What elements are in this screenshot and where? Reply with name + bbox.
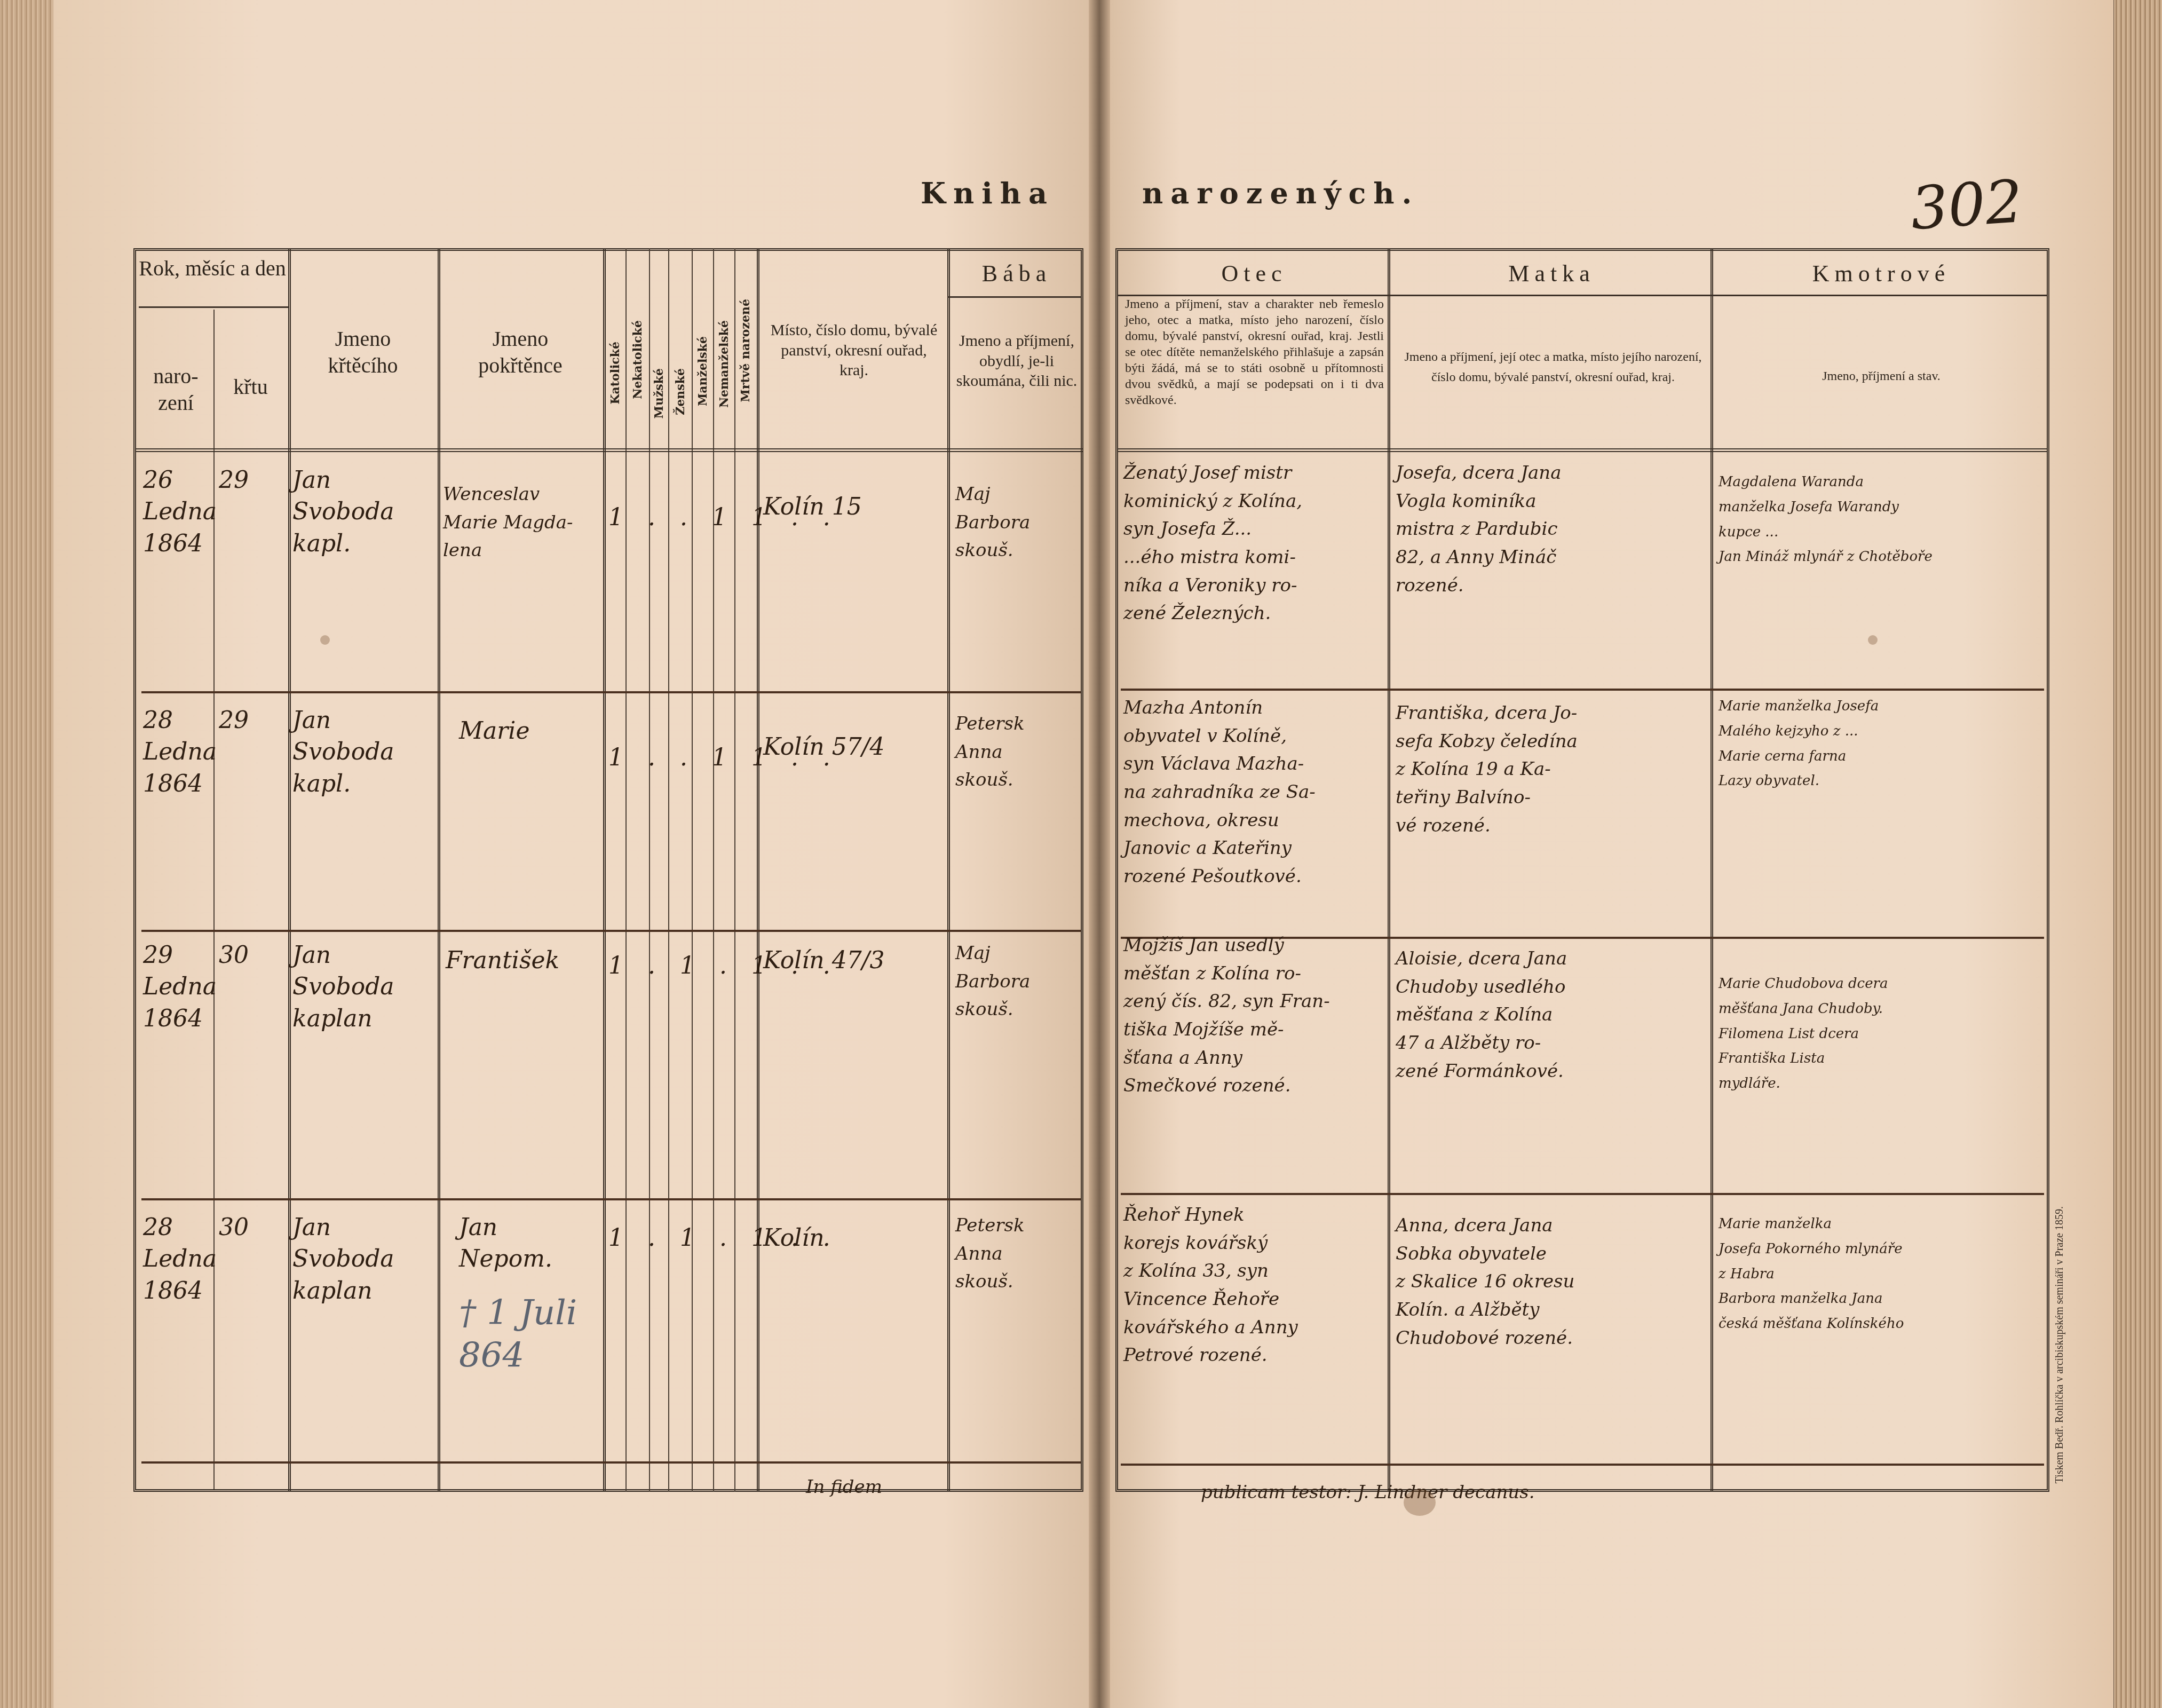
entry-midwife: Maj Barbora skouš. — [955, 939, 1030, 1024]
entry-baptizer: Jan Svoboda kaplan — [292, 1212, 394, 1307]
entry-godparents: Marie Chudobova dcera měšťana Jana Chudo… — [1718, 971, 1888, 1096]
header-catholic: Katolické — [608, 342, 622, 405]
col-divider — [734, 248, 735, 1492]
entry-father: Ženatý Josef mistr kominický z Kolína, s… — [1123, 459, 1302, 628]
entry-baptizer: Jan Svoboda kapl. — [292, 464, 394, 559]
entry-baptizer: Jan Svoboda kapl. — [292, 705, 394, 800]
header-illegitimate: Nemanželské — [717, 320, 731, 408]
col-divider — [649, 248, 650, 1492]
header-child: Jmeno pokřtěnce — [448, 326, 592, 379]
entry-midwife: Petersk Anna skouš. — [955, 710, 1025, 794]
entry-father: Řehoř Hynek korejs kovářský z Kolína 33,… — [1123, 1201, 1298, 1370]
header-stillborn: Mrtvě narozené — [739, 299, 753, 402]
header-godparents-title: Kmotrové — [1716, 259, 2047, 288]
ink-stain — [320, 635, 330, 645]
entry-birth-date: 26 Ledna 1864 — [143, 464, 217, 559]
header-bottom-rule — [136, 448, 1083, 452]
folio-number: 302 — [1908, 167, 2025, 243]
header-midwife-title: Bába — [953, 259, 1081, 288]
printer-imprint: Tiskem Bedř. Rohlíčka v arcibiskupském s… — [2054, 1206, 2066, 1483]
col-divider — [713, 248, 714, 1492]
entry-divider — [141, 691, 1081, 693]
entry-birth-date: 28 Ledna 1864 — [143, 705, 217, 800]
title-left: Kniha — [921, 176, 1055, 210]
entry-baptism-date: 30 — [219, 939, 249, 971]
col-divider — [757, 248, 759, 1492]
col-divider — [288, 248, 291, 1492]
col-divider — [438, 248, 440, 1492]
header-baptizer: Jmeno křtěcího — [299, 326, 427, 379]
entry-birth-date: 28 Ledna 1864 — [143, 1212, 217, 1307]
entry-child-name: Wenceslav Marie Magda- lena — [443, 480, 573, 565]
col-divider — [668, 248, 669, 1492]
open-register-book: Kniha narozených. 302 Rok, měsíc a den n… — [0, 0, 2162, 1708]
entry-mother: Anna, dcera Jana Sobka obyvatele z Skali… — [1396, 1212, 1574, 1352]
entry-godparents: Marie manželka Josefa Pokorného mlynáře … — [1718, 1212, 1904, 1337]
header-legitimate: Manželské — [696, 336, 710, 406]
entry-divider — [141, 1198, 1081, 1200]
header-date-group: Rok, měsíc a den — [138, 255, 287, 282]
entry-midwife: Petersk Anna skouš. — [955, 1212, 1025, 1296]
page-stack-right — [2114, 0, 2162, 1708]
header-midwife-desc: Jmeno a příjmení, obydlí, je-li skoumána… — [955, 331, 1078, 391]
entry-divider — [1121, 1193, 2044, 1195]
entry-baptism-date: 29 — [219, 464, 249, 496]
entry-father: Mazha Antonín obyvatel v Kolíně, syn Vác… — [1123, 694, 1316, 891]
entry-divider — [1121, 1464, 2044, 1466]
entry-mother: Josefa, dcera Jana Vogla kominíka mistra… — [1396, 459, 1561, 599]
entry-divider — [141, 930, 1081, 932]
ink-stain — [1868, 635, 1878, 645]
header-mother-desc: Jmeno a příjmení, její otec a matka, mís… — [1404, 347, 1702, 388]
header-date-baptism: křtu — [215, 374, 287, 400]
header-female: Ženské — [674, 368, 687, 415]
signature-left: In fidem — [806, 1473, 882, 1501]
entry-death-note: † 1 Juli 864 — [459, 1292, 577, 1377]
page-stack-left — [0, 0, 59, 1708]
ink-stain — [1404, 1489, 1436, 1516]
header-male: Mužské — [652, 368, 666, 418]
entry-mother: Aloisie, dcera Jana Chudoby usedlého měš… — [1396, 945, 1567, 1085]
header-father-title: Otec — [1121, 259, 1388, 288]
col-divider — [1710, 248, 1713, 1492]
row-divider — [947, 296, 1081, 298]
row-divider — [139, 306, 288, 308]
entry-birth-date: 29 Ledna 1864 — [143, 939, 217, 1034]
header-bottom-rule — [1118, 448, 2047, 452]
header-mother-title: Matka — [1393, 259, 1710, 288]
col-divider — [625, 248, 627, 1492]
col-divider — [1388, 248, 1390, 1492]
entry-baptism-date: 29 — [219, 705, 249, 736]
entry-child-name: Jan Nepom. — [459, 1212, 552, 1275]
entry-child-name: František — [446, 945, 559, 976]
entry-godparents: Marie manželka Josefa Malého kejzyho z .… — [1718, 694, 1879, 794]
entry-midwife: Maj Barbora skouš. — [955, 480, 1030, 565]
entry-godparents: Magdalena Waranda manželka Josefa Warand… — [1718, 470, 1933, 570]
left-table-frame — [133, 248, 1083, 1492]
entry-child-name: Marie — [459, 715, 529, 747]
signature-right: publicam testor: J. Lindner decanus. — [1201, 1478, 1534, 1507]
entry-divider — [141, 1461, 1081, 1464]
header-date-birth: naro- zení — [140, 363, 212, 416]
header-noncatholic: Nekatolické — [631, 320, 645, 399]
entry-place: Kolín 15 — [763, 491, 862, 523]
header-godparents-desc: Jmeno, příjmení a stav. — [1716, 368, 2047, 384]
header-place: Místo, číslo domu, bývalé panství, okres… — [769, 320, 939, 381]
entry-mother: Františka, dcera Jo- sefa Kobzy čeledína… — [1396, 699, 1578, 840]
entry-place: Kolín 47/3 — [763, 945, 884, 976]
entry-baptism-date: 30 — [219, 1212, 249, 1243]
col-divider — [947, 248, 950, 1492]
entry-divider — [1121, 689, 2044, 691]
entry-baptizer: Jan Svoboda kaplan — [292, 939, 394, 1034]
book-gutter — [1089, 0, 1110, 1708]
entry-place: Kolín 57/4 — [763, 731, 884, 763]
header-father-desc: Jmeno a příjmení, stav a charakter neb ř… — [1125, 296, 1384, 408]
title-right: narozených. — [1142, 176, 1419, 210]
entry-place: Kolín — [763, 1222, 825, 1254]
entry-father: Mojžíš Jan usedlý měšťan z Kolína ro- ze… — [1123, 931, 1330, 1100]
col-divider — [692, 248, 693, 1492]
col-divider — [603, 248, 606, 1492]
